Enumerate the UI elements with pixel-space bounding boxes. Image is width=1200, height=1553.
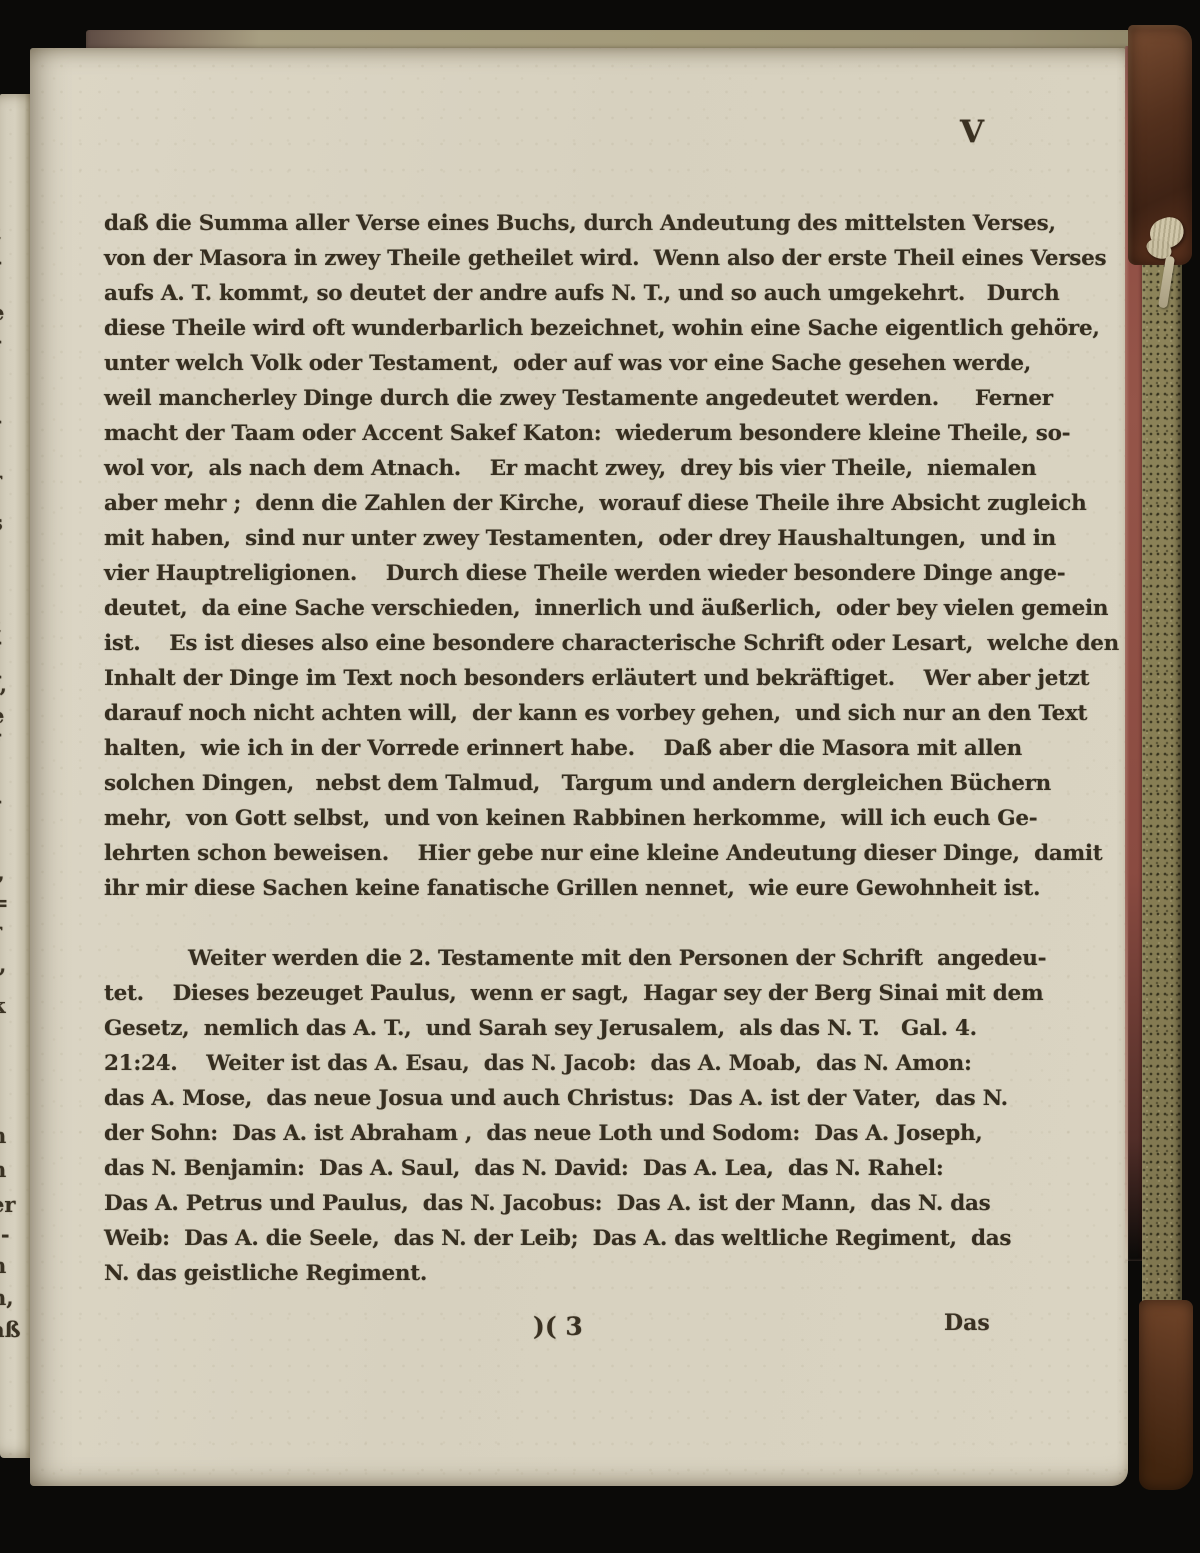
bookmark-cord [1144,214,1192,310]
edge-fragment-glyph: , [0,772,21,797]
edge-fragment-glyph: r [0,918,21,943]
text-line: 21:24. Weiter ist das A. Esau, das N. Ja… [104,1046,1044,1081]
text-line: ihr mir diese Sachen keine fanatische Gr… [104,871,1044,906]
edge-fragment-glyph: n [0,1157,21,1182]
edge-fragment-glyph: k [0,993,21,1018]
bookmark-cord-tail [1158,256,1175,309]
edge-fragment-glyph: t [0,613,21,638]
edge-fragment-glyph: , [0,585,21,610]
edge-fragment-glyph: f [0,337,21,362]
text-line: tet. Dieses bezeuget Paulus, wenn er sag… [104,976,1044,1011]
body-paragraph-1: daß die Summa aller Verse eines Buchs, d… [104,206,1044,906]
catchword: Das [944,1310,990,1336]
text-line: aufs A. T. kommt, so deutet der andre au… [104,276,1044,311]
edge-fragment-glyph: l, [0,952,21,977]
text-line: Das A. Petrus und Paulus, das N. Jacobus… [104,1186,1044,1221]
text-line: das N. Benjamin: Das A. Saul, das N. Dav… [104,1151,1044,1186]
edge-fragment-glyph: f [0,730,21,755]
text-line: mehr, von Gott selbst, und von keinen Ra… [104,801,1044,836]
edge-fragment-glyph: f [0,797,21,822]
edge-fragment-glyph: e [0,703,21,728]
signature-mark: )( 3 [533,1312,583,1341]
edge-fragment-glyph: n, [0,1285,21,1310]
text-line: aber mehr ; denn die Zahlen der Kirche, … [104,486,1044,521]
book-photo: tfef,frs,,tff,ef,f,',=rl,k'nner)-nn,aß V… [0,0,1200,1553]
edge-fragment-glyph: f [0,638,21,663]
edge-fragment-glyph: n [0,1253,21,1278]
text-line: diese Theile wird oft wunderbarlich beze… [104,311,1044,346]
text-line: lehrten schon beweisen. Hier gebe nur ei… [104,836,1044,871]
edge-fragment-glyph: er [0,1192,21,1217]
text-line: das A. Mose, das neue Josua und auch Chr… [104,1081,1044,1116]
text-line: mit haben, sind nur unter zwey Testament… [104,521,1044,556]
edge-fragment-glyph: , [0,373,21,398]
body-paragraph-2: Weiter werden die 2. Testamente mit den … [104,941,1044,1291]
text-line: der Sohn: Das A. ist Abraham , das neue … [104,1116,1044,1151]
text-line: ist. Es ist dieses also eine besondere c… [104,626,1044,661]
text-line: Inhalt der Dinge im Text noch besonders … [104,661,1044,696]
edge-fragment-glyph: , [0,548,21,573]
text-line: vier Hauptreligionen. Durch diese Theile… [104,556,1044,591]
text-line: wol vor, als nach dem Atnach. Er macht z… [104,451,1044,486]
text-line: weil mancherley Dinge durch die zwey Tes… [104,381,1044,416]
text-line: macht der Taam oder Accent Sakef Katon: … [104,416,1044,451]
edge-fragment-glyph: s [0,510,21,535]
edge-fragment-glyph: f, [0,672,21,697]
text-line: deutet, da eine Sache verschieden, inner… [104,591,1044,626]
text-line: von der Masora in zwey Theile getheilet … [104,241,1044,276]
edge-fragment-glyph: r [0,467,21,492]
edge-fragment-glyph: t [0,220,21,245]
edge-fragment-glyph: = [0,890,21,915]
edge-fragment-glyph: n [0,1123,21,1148]
edge-fragment-glyph: )- [0,1222,21,1247]
facing-page-edge: tfef,frs,,tff,ef,f,',=rl,k'nner)-nn,aß [0,94,30,1458]
edge-fragment-glyph: f [0,417,21,442]
edge-fragment-glyph: aß [0,1317,21,1342]
text-line: N. das geistliche Regiment. [104,1256,1044,1291]
edge-fragment-glyph: , [0,832,21,857]
edge-fragment-glyph: e [0,300,21,325]
text-line: Gesetz, nemlich das A. T., und Sarah sey… [104,1011,1044,1046]
text-line: darauf noch nicht achten will, der kann … [104,696,1044,731]
text-line: unter welch Volk oder Testament, oder au… [104,346,1044,381]
edge-fragment-glyph: f [0,258,21,283]
text-line: solchen Dingen, nebst dem Talmud, Targum… [104,766,1044,801]
text-line: halten, wie ich in der Vorrede erinnert … [104,731,1044,766]
text-line: daß die Summa aller Verse eines Buchs, d… [104,206,1044,241]
edge-fragment-glyph: ' [0,1040,21,1065]
page-number: V [960,114,984,150]
text-line: Weib: Das A. die Seele, das N. der Leib;… [104,1221,1044,1256]
leather-corner-bottom [1139,1300,1193,1490]
book-page: V daß die Summa aller Verse eines Buchs,… [30,48,1128,1486]
text-line: Weiter werden die 2. Testamente mit den … [104,941,1044,976]
edge-fragment-glyph: ', [0,860,21,885]
